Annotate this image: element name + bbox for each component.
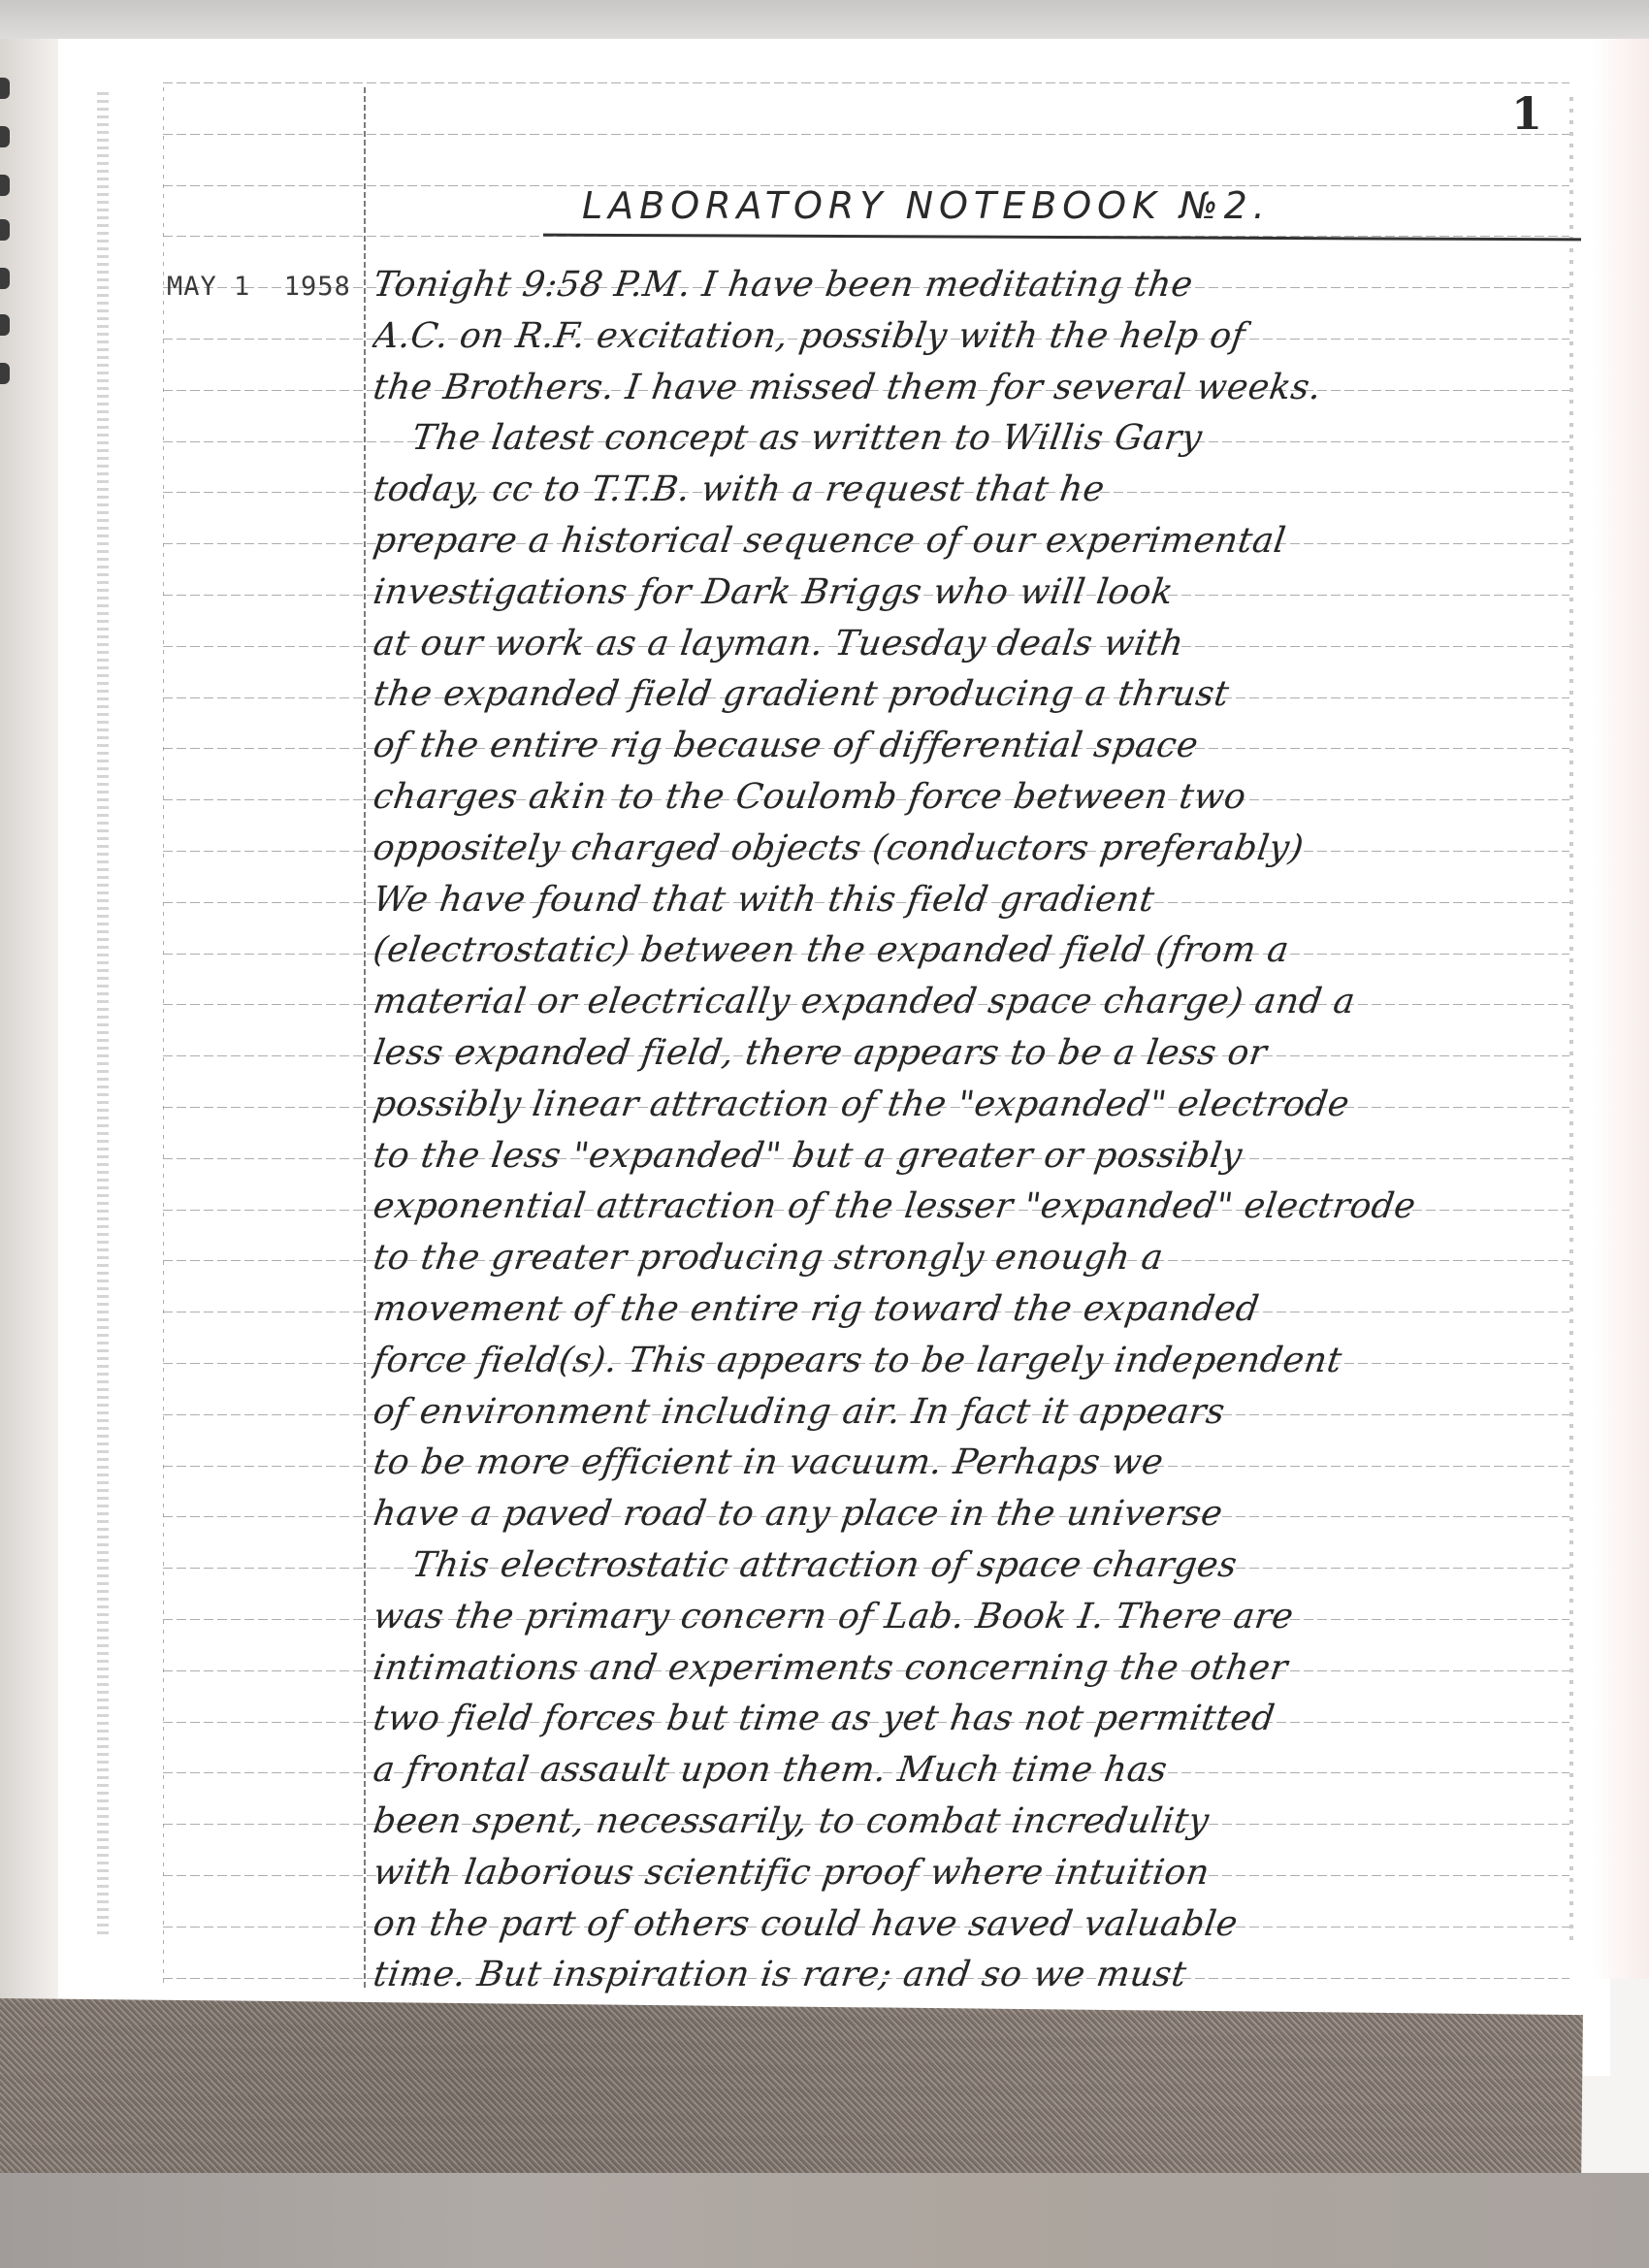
entry-line: This electrostatic attraction of space c… (370, 1540, 1574, 1592)
ruled-line (163, 82, 1569, 83)
entry-line: the Brothers. I have missed them for sev… (370, 363, 1574, 414)
scan-background-grey (0, 2173, 1649, 2268)
entry-line: (electrostatic) between the expanded fie… (370, 925, 1574, 977)
entry-line: the expanded field gradient producing a … (370, 669, 1574, 721)
entry-line: Tonight 9:58 P.M. I have been meditating… (370, 260, 1574, 311)
handwritten-entry: Tonight 9:58 P.M. I have been meditating… (373, 260, 1571, 2053)
perforation-marks (97, 92, 109, 1935)
margin-line (364, 87, 366, 1989)
binding-ring (0, 363, 10, 384)
entry-line: exponential attraction of the lesser "ex… (370, 1182, 1574, 1233)
entry-line: with laborious scientific proof where in… (370, 1848, 1574, 1899)
date-column-line (163, 87, 164, 1989)
entry-line: The latest concept as written to Willis … (370, 413, 1574, 465)
entry-line: force field(s). This appears to be large… (370, 1336, 1574, 1387)
entry-line: charges akin to the Coulomb force betwee… (370, 772, 1574, 824)
trailing-mark: ... (407, 1969, 424, 1990)
binding-ring (0, 314, 10, 336)
binding-ring (0, 78, 10, 99)
entry-line: intimations and experiments concerning t… (370, 1643, 1574, 1695)
entry-line: of the entire rig because of differentia… (370, 721, 1574, 772)
entry-line: today, cc to T.T.B. with a request that … (370, 465, 1574, 516)
date-stamp: MAY 1 1958 (167, 272, 351, 302)
entry-line: prepare a historical sequence of our exp… (370, 516, 1574, 567)
entry-line: been spent, necessarily, to combat incre… (370, 1797, 1574, 1848)
ruled-line (163, 134, 1569, 135)
entry-line: oppositely charged objects (conductors p… (370, 824, 1574, 875)
entry-line: movement of the entire rig toward the ex… (370, 1284, 1574, 1336)
page-number: 1 (1511, 87, 1542, 140)
binding-ring (0, 219, 10, 241)
entry-line: two field forces but time as yet has not… (370, 1694, 1574, 1745)
page-title: LABORATORY NOTEBOOK №2. (582, 184, 1271, 227)
entry-line: of environment including air. In fact it… (370, 1387, 1574, 1439)
entry-line: to the less "expanded" but a greater or … (370, 1131, 1574, 1183)
entry-line: material or electrically expanded space … (370, 977, 1574, 1028)
entry-line: at our work as a layman. Tuesday deals w… (370, 619, 1574, 670)
page-right-edge (1591, 39, 1649, 1979)
scanner-top-edge (0, 0, 1649, 39)
binding-ring (0, 175, 10, 196)
binding-ring (0, 268, 10, 289)
binding-ring (0, 126, 10, 147)
entry-line: A.C. on R.F. excitation, possibly with t… (370, 311, 1574, 363)
entry-line: to be more efficient in vacuum. Perhaps … (370, 1438, 1574, 1489)
entry-line: time. But inspiration is rare; and so we… (370, 1950, 1574, 2001)
entry-line: possibly linear attraction of the "expan… (370, 1080, 1574, 1131)
entry-line: investigations for Dark Briggs who will … (370, 567, 1574, 619)
entry-line: have a paved road to any place in the un… (370, 1489, 1574, 1540)
entry-line: a frontal assault upon them. Much time h… (370, 1745, 1574, 1797)
entry-line: to the greater producing strongly enough… (370, 1233, 1574, 1284)
entry-line: on the part of others could have saved v… (370, 1899, 1574, 1951)
entry-line: We have found that with this field gradi… (370, 875, 1574, 926)
entry-line: was the primary concern of Lab. Book I. … (370, 1592, 1574, 1643)
entry-line: less expanded field, there appears to be… (370, 1028, 1574, 1080)
